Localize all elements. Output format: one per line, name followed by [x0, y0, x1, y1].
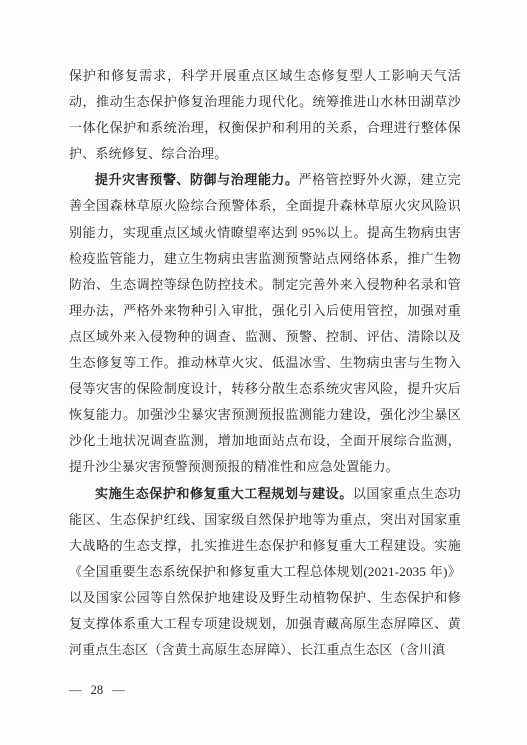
paragraph: 提升灾害预警、防御与治理能力。严格管控野外火源，建立完善全国森林草原火险综合预警… [69, 167, 461, 480]
page-number: — 28 — [69, 683, 125, 697]
paragraph-lead: 实施生态保护和修复重大工程规划与建设。 [95, 486, 353, 501]
paragraph: 保护和修复需求，科学开展重点区域生态修复型人工影响天气活动，推动生态保护修复治理… [69, 63, 461, 167]
paragraph-text: 以国家重点生态功能区、生态保护红线、国家级自然保护地等为重点，突出对国家重大战略… [69, 486, 461, 658]
paragraph-text: 保护和修复需求，科学开展重点区域生态修复型人工影响天气活动，推动生态保护修复治理… [69, 68, 461, 161]
paragraph: 实施生态保护和修复重大工程规划与建设。以国家重点生态功能区、生态保护红线、国家级… [69, 481, 461, 664]
document-body: 保护和修复需求，科学开展重点区域生态修复型人工影响天气活动，推动生态保护修复治理… [69, 63, 461, 663]
document-page: 保护和修复需求，科学开展重点区域生态修复型人工影响天气活动，推动生态保护修复治理… [0, 0, 527, 745]
paragraph-text: 严格管控野外火源，建立完善全国森林草原火险综合预警体系，全面提升森林草原火灾风险… [69, 172, 461, 474]
paragraph-lead: 提升灾害预警、防御与治理能力。 [95, 172, 299, 187]
page-footer: — 28 — [69, 683, 125, 698]
